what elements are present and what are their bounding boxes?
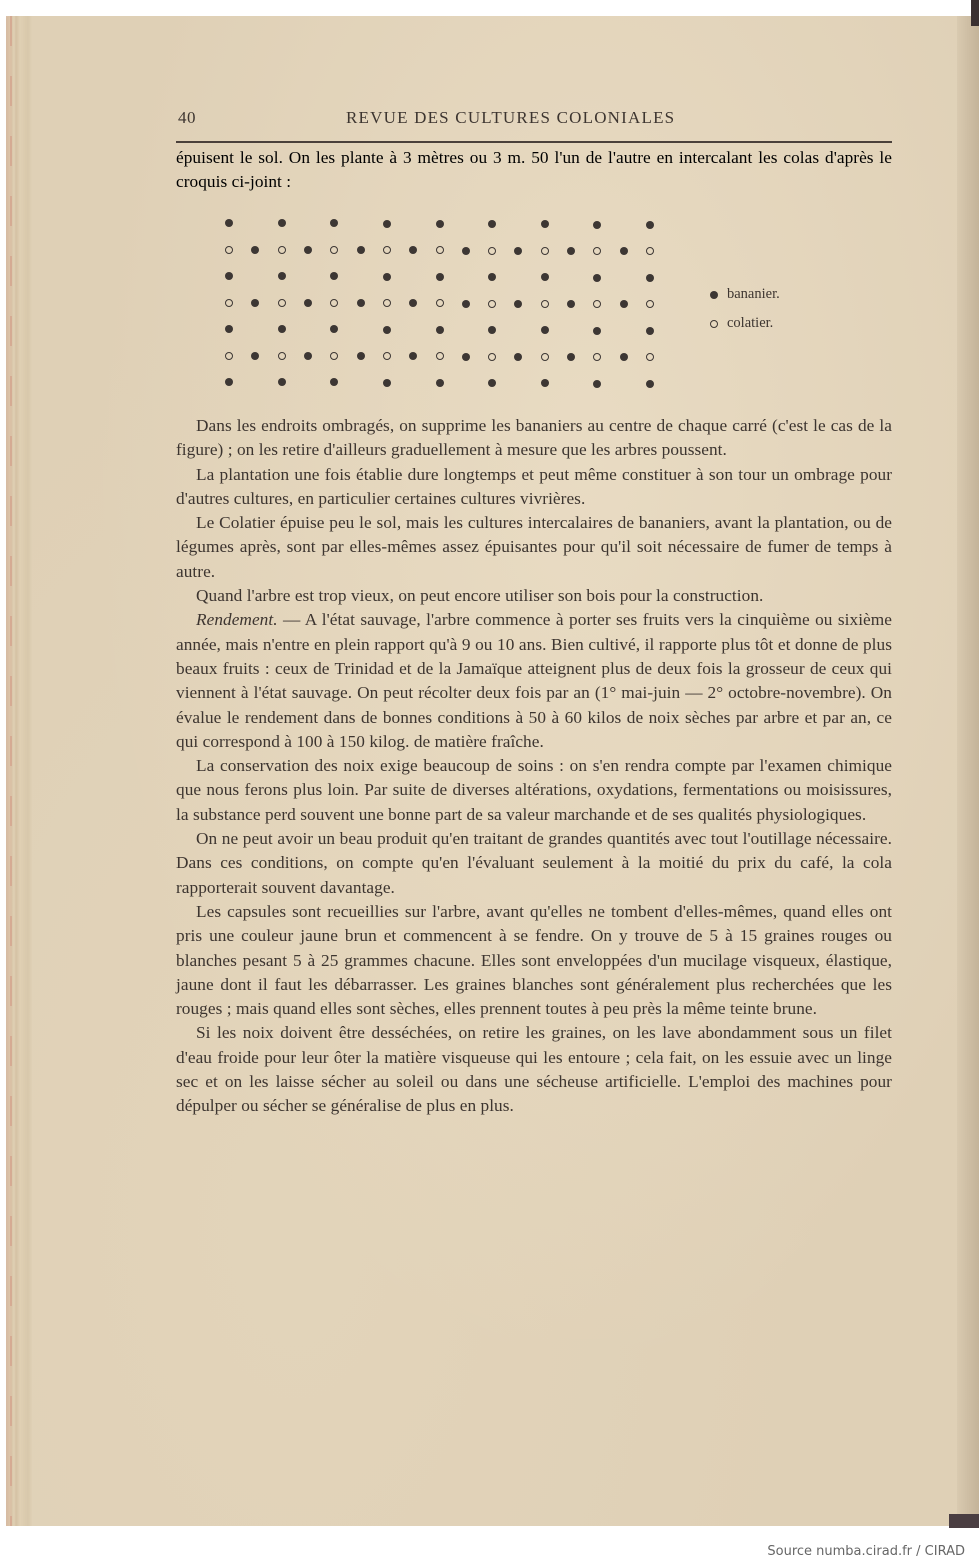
bananier-dot-icon: [514, 247, 522, 255]
colatier-circle-icon: [436, 246, 444, 254]
bananier-dot-icon: [462, 247, 470, 255]
colatier-circle-icon: [225, 352, 233, 360]
bananier-dot-icon: [330, 325, 338, 333]
colatier-circle-icon: [330, 352, 338, 360]
colatier-circle-icon: [646, 300, 654, 308]
legend-label: colatier.: [727, 315, 773, 332]
bananier-dot-icon: [436, 273, 444, 281]
bananier-dot-icon: [567, 247, 575, 255]
bananier-dot-icon: [593, 327, 601, 335]
running-header: 40 REVUE DES CULTURES COLONIALES: [176, 104, 892, 134]
colatier-circle-icon: [225, 299, 233, 307]
legend-item-bananier: bananier.: [710, 280, 780, 309]
colatier-circle-icon: [593, 300, 601, 308]
bananier-dot-icon: [436, 379, 444, 387]
bananier-dot-icon: [620, 353, 628, 361]
bananier-dot-icon: [383, 220, 391, 228]
bananier-dot-icon: [646, 380, 654, 388]
bananier-dot-icon: [383, 326, 391, 334]
colatier-circle-icon: [646, 353, 654, 361]
bananier-dot-icon: [593, 221, 601, 229]
bananier-dot-icon: [251, 352, 259, 360]
colatier-circle-icon: [225, 246, 233, 254]
paragraph: Les capsules sont recueillies sur l'arbr…: [176, 900, 892, 1021]
colatier-circle-icon: [383, 299, 391, 307]
section-lead: Rendement.: [196, 610, 278, 629]
colatier-circle-icon: [541, 353, 549, 361]
colatier-circle-icon: [278, 299, 286, 307]
bananier-dot-icon: [462, 353, 470, 361]
bananier-dot-icon: [278, 219, 286, 227]
planting-layout-figure: [218, 212, 668, 390]
paragraph: La conservation des noix exige beaucoup …: [176, 754, 892, 827]
colatier-circle-icon: [330, 299, 338, 307]
paragraph: Si les noix doivent être desséchées, on …: [176, 1021, 892, 1118]
colatier-circle-icon: [488, 247, 496, 255]
bananier-dot-icon: [462, 300, 470, 308]
paragraph: Dans les endroits ombragés, on supprime …: [176, 414, 892, 463]
bananier-dot-icon: [330, 378, 338, 386]
colatier-circle-icon: [436, 352, 444, 360]
bananier-dot-icon: [251, 246, 259, 254]
open-circle-icon: [710, 320, 718, 328]
colatier-circle-icon: [278, 246, 286, 254]
bananier-dot-icon: [646, 221, 654, 229]
bananier-dot-icon: [541, 220, 549, 228]
bananier-dot-icon: [278, 272, 286, 280]
colatier-circle-icon: [488, 353, 496, 361]
colatier-circle-icon: [593, 247, 601, 255]
bananier-dot-icon: [436, 220, 444, 228]
bananier-dot-icon: [225, 378, 233, 386]
bananier-dot-icon: [278, 325, 286, 333]
intro-text: épuisent le sol. On les plante à 3 mètre…: [176, 146, 892, 195]
bananier-dot-icon: [620, 300, 628, 308]
bananier-dot-icon: [646, 274, 654, 282]
colatier-circle-icon: [383, 246, 391, 254]
colatier-circle-icon: [541, 300, 549, 308]
bananier-dot-icon: [304, 352, 312, 360]
bananier-dot-icon: [541, 379, 549, 387]
colatier-circle-icon: [330, 246, 338, 254]
paragraph: Le Colatier épuise peu le sol, mais les …: [176, 511, 892, 584]
bananier-dot-icon: [436, 326, 444, 334]
figure-legend: bananier. colatier.: [710, 280, 780, 338]
bananier-dot-icon: [409, 246, 417, 254]
bananier-dot-icon: [383, 273, 391, 281]
bananier-dot-icon: [304, 246, 312, 254]
page-stack-edge-left: [6, 16, 32, 1526]
legend-label: bananier.: [727, 286, 780, 303]
paragraph: La plantation une fois établie dure long…: [176, 463, 892, 512]
intro-paragraph: épuisent le sol. On les plante à 3 mètre…: [176, 146, 892, 195]
bananier-dot-icon: [488, 379, 496, 387]
bananier-dot-icon: [567, 353, 575, 361]
bananier-dot-icon: [488, 326, 496, 334]
bananier-dot-icon: [646, 327, 654, 335]
bananier-dot-icon: [225, 272, 233, 280]
paragraph: On ne peut avoir un beau produit qu'en t…: [176, 827, 892, 900]
paragraph-body: — A l'état sauvage, l'arbre commence à p…: [176, 610, 892, 750]
bananier-dot-icon: [514, 300, 522, 308]
bananier-dot-icon: [488, 273, 496, 281]
bananier-dot-icon: [409, 299, 417, 307]
bananier-dot-icon: [541, 273, 549, 281]
bananier-dot-icon: [357, 246, 365, 254]
bananier-dot-icon: [514, 353, 522, 361]
filled-dot-icon: [710, 291, 718, 299]
journal-title: REVUE DES CULTURES COLONIALES: [346, 108, 675, 128]
source-credit: Source numba.cirad.fr / CIRAD: [767, 1544, 965, 1559]
bananier-dot-icon: [304, 299, 312, 307]
article-body: Dans les endroits ombragés, on supprime …: [176, 414, 892, 1119]
bananier-dot-icon: [541, 326, 549, 334]
bananier-dot-icon: [225, 219, 233, 227]
bananier-dot-icon: [488, 220, 496, 228]
bananier-dot-icon: [357, 352, 365, 360]
colatier-circle-icon: [488, 300, 496, 308]
bananier-dot-icon: [357, 299, 365, 307]
bananier-dot-icon: [620, 247, 628, 255]
legend-item-colatier: colatier.: [710, 309, 780, 338]
bananier-dot-icon: [593, 274, 601, 282]
bananier-dot-icon: [330, 219, 338, 227]
bananier-dot-icon: [383, 379, 391, 387]
binding-edge-bottom: [949, 1514, 979, 1528]
bananier-dot-icon: [330, 272, 338, 280]
colatier-circle-icon: [593, 353, 601, 361]
bananier-dot-icon: [278, 378, 286, 386]
bananier-dot-icon: [409, 352, 417, 360]
bananier-dot-icon: [593, 380, 601, 388]
colatier-circle-icon: [383, 352, 391, 360]
paragraph-rendement: Rendement. — A l'état sauvage, l'arbre c…: [176, 608, 892, 754]
bananier-dot-icon: [251, 299, 259, 307]
bananier-dot-icon: [567, 300, 575, 308]
binding-edge-top: [971, 0, 979, 26]
colatier-circle-icon: [541, 247, 549, 255]
page-gutter-shadow: [957, 16, 979, 1526]
bananier-dot-icon: [225, 325, 233, 333]
colatier-circle-icon: [278, 352, 286, 360]
colatier-circle-icon: [436, 299, 444, 307]
colatier-circle-icon: [646, 247, 654, 255]
paragraph: Quand l'arbre est trop vieux, on peut en…: [176, 584, 892, 608]
page-number: 40: [178, 108, 196, 128]
header-rule: [176, 141, 892, 143]
